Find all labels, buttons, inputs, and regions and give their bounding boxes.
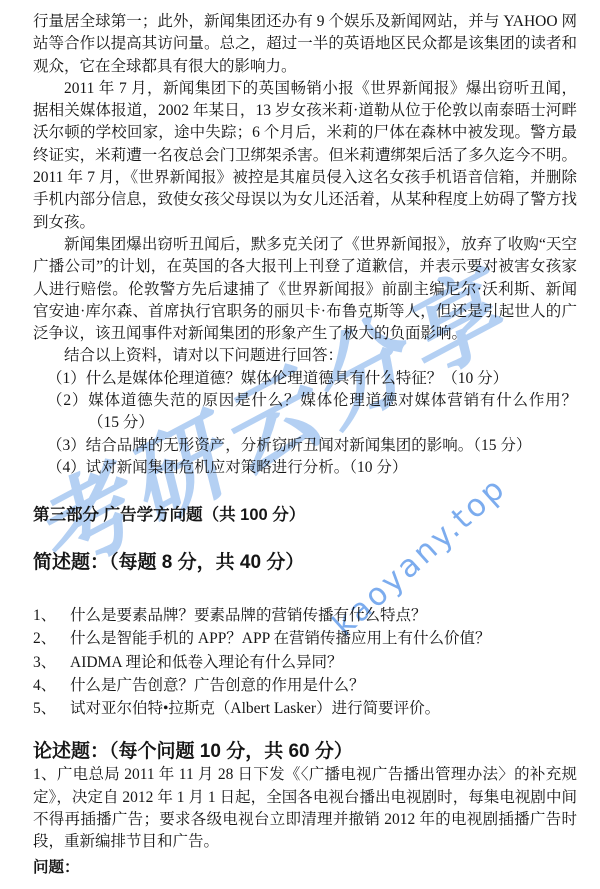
case-question-4-text: 试对新闻集团危机应对策略进行分析。（10 分） <box>86 459 408 476</box>
essay-question-label: 问题： <box>33 856 577 879</box>
short-answer-list: 1、什么是要素品牌？要素品牌的营销传播有什么特点？ 2、什么是智能手机的 APP… <box>33 604 577 720</box>
short-answer-heading: 简述题：（每题 8 分，共 40 分） <box>33 551 577 575</box>
short-answer-item-4-marker: 4、 <box>33 674 70 697</box>
short-answer-item-1-marker: 1、 <box>33 604 70 627</box>
short-answer-item-3: 3、AIDMA 理论和低卷入理论有什么异同？ <box>33 651 577 674</box>
short-answer-item-5: 5、试对亚尔伯特•拉斯克（Albert Lasker）进行简要评价。 <box>33 697 577 720</box>
short-answer-item-4-text: 什么是广告创意？广告创意的作用是什么？ <box>70 677 365 694</box>
paragraph-intro-continued: 行量居全球第一；此外，新闻集团还办有 9 个娱乐及新闻网站，并与 YAHOO 网… <box>33 11 577 78</box>
exam-page: 考研云分享 kaoyany.top 行量居全球第一；此外，新闻集团还办有 9 个… <box>0 0 600 889</box>
case-question-4: （4）试对新闻集团危机应对策略进行分析。（10 分） <box>47 457 577 479</box>
case-question-3-marker: （3） <box>47 437 86 454</box>
essay-heading: 论述题：（每个问题 10 分，共 60 分） <box>33 740 577 764</box>
case-question-4-marker: （4） <box>47 459 86 476</box>
case-question-2-text: 媒体道德失范的原因是什么？媒体伦理道德对媒体营销有什么作用？（15 分） <box>88 392 577 431</box>
short-answer-item-3-marker: 3、 <box>33 651 70 674</box>
case-question-3-text: 结合品牌的无形资产，分析窃听丑闻对新闻集团的影响。（15 分） <box>86 437 532 454</box>
case-question-1-text: 什么是媒体伦理道德？媒体伦理道德具有什么特征？（10 分） <box>86 370 508 387</box>
section-heading-part3: 第三部分 广告学方向题（共 100 分） <box>33 505 577 525</box>
short-answer-item-4: 4、什么是广告创意？广告创意的作用是什么？ <box>33 674 577 697</box>
case-question-1: （1）什么是媒体伦理道德？媒体伦理道德具有什么特征？（10 分） <box>47 368 577 390</box>
short-answer-item-2-text: 什么是智能手机的 APP？APP 在营销传播应用上有什么价值？ <box>70 630 491 647</box>
document-content: 行量居全球第一；此外，新闻集团还办有 9 个娱乐及新闻网站，并与 YAHOO 网… <box>33 11 577 879</box>
short-answer-item-5-text: 试对亚尔伯特•拉斯克（Albert Lasker）进行简要评价。 <box>70 700 440 717</box>
short-answer-item-1-text: 什么是要素品牌？要素品牌的营销传播有什么特点？ <box>70 607 427 624</box>
case-question-list: （1）什么是媒体伦理道德？媒体伦理道德具有什么特征？（10 分） （2）媒体道德… <box>33 368 577 479</box>
case-question-3: （3）结合品牌的无形资产，分析窃听丑闻对新闻集团的影响。（15 分） <box>47 435 577 457</box>
short-answer-item-2-marker: 2、 <box>33 627 70 650</box>
case-question-2-marker: （2） <box>47 392 88 409</box>
case-question-2: （2）媒体道德失范的原因是什么？媒体伦理道德对媒体营销有什么作用？（15 分） <box>47 390 577 435</box>
short-answer-item-2: 2、什么是智能手机的 APP？APP 在营销传播应用上有什么价值？ <box>33 627 577 650</box>
short-answer-item-5-marker: 5、 <box>33 697 70 720</box>
case-question-1-marker: （1） <box>47 370 86 387</box>
paragraph-scandal-aftermath: 新闻集团爆出窃听丑闻后，默多克关闭了《世界新闻报》，放弃了收购“天空广播公司”的… <box>33 234 577 345</box>
short-answer-item-1: 1、什么是要素品牌？要素品牌的营销传播有什么特点？ <box>33 604 577 627</box>
short-answer-item-3-text: AIDMA 理论和低卷入理论有什么异同？ <box>70 654 343 671</box>
essay-question-1: 1、广电总局 2011 年 11 月 28 日下发《〈广播电视广告播出管理办法〉… <box>33 764 577 853</box>
paragraph-scandal-background: 2011 年 7 月，新闻集团下的英国畅销小报《世界新闻报》爆出窃听丑闻，据相关… <box>33 78 577 234</box>
paragraph-question-lead: 结合以上资料，请对以下问题进行回答： <box>33 345 577 367</box>
